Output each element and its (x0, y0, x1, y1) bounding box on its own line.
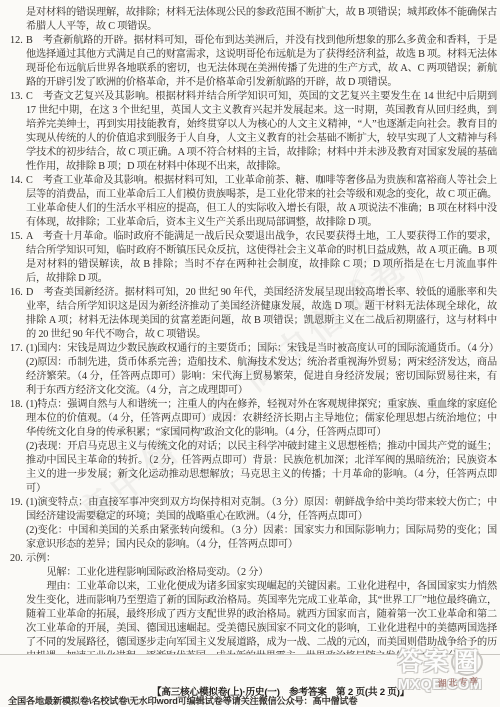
item-paragraph: (1)国内：宋钱是周边少数民族政权通行的主要货币；国际：宋钱是当时被高度认可的国… (26, 342, 497, 356)
item-paragraph: 见解：工业化进程影响国际政治格局变动。（2 分） (26, 566, 497, 580)
item-head: 示例： (26, 552, 497, 566)
item-paragraph: (1)演变特点：由直接军事冲突到双方均保持相对克制。（3 分）原因：朝鲜战争给中… (26, 496, 497, 524)
answer-item-16: 16. D 考查美国新经济。据材料可知，20 世纪 90 年代，美国经济发展呈现… (0, 286, 497, 342)
answer-item-20: 20. 示例： 见解：工业化进程影响国际政治格局变动。（2 分） 理由：工业革命… (0, 552, 497, 654)
item-paragraph: D 考查美国新经济。据材料可知，20 世纪 90 年代，美国经济发展呈现出较高增… (26, 286, 497, 342)
answer-item-12: 12. B 考查新航路的开辟。据材料可知，哥伦布到达美洲后，并没有找到他所想象的… (0, 34, 497, 90)
answer-item-13: 13. C 考查文艺复兴及其影响。根据材料并结合所学知识可知，英国的文艺复兴主要… (0, 90, 497, 174)
item-number: 13. (10, 90, 23, 104)
answer-item-19: 19. (1)演变特点：由直接军事冲突到双方均保持相对克制。（3 分）原因：朝鲜… (0, 496, 497, 552)
answer-item-15: 15. A 考查十月革命。临时政府不能满足一战后民众要退出战争，农民要获得土地，… (0, 230, 497, 286)
item-paragraph: C 考查文艺复兴及其影响。根据材料并结合所学知识可知，英国的文艺复兴主要发生在 … (26, 90, 497, 174)
item-paragraph: A 考查十月革命。临时政府不能满足一战后民众要退出战争，农民要获得土地，工人要获… (26, 230, 497, 286)
item-number: 19. (10, 496, 23, 510)
answer-sheet-body: 是对材料的错误理解，故排除；材料无法体现公民的参政范围不断扩大，故 B 项错误；… (0, 6, 497, 654)
item-paragraph: B 考查新航路的开辟。据材料可知，哥伦布到达美洲后，并没有找到他所想象的那么多黄… (26, 34, 497, 90)
answer-item-17: 17. (1)国内：宋钱是周边少数民族政权通行的主要货币；国际：宋钱是当时被高度… (0, 342, 497, 398)
item-number: 12. (10, 34, 23, 48)
answer-item-18: 18. (1)特点：强调自然与人和谐统一；注重人的内在修养，轻视对外在客观规律探… (0, 398, 497, 496)
item-number: 16. (10, 286, 23, 300)
footer-promo: 全国各地最新模拟卷\名校试卷\无水印word可编辑试卷等请关注微信公众号：高中僧… (8, 693, 438, 707)
item-paragraph: (2)表现：开启马克思主义与传统文化的对话；以民主科学冲破封建主义思想桎梏；推动… (26, 440, 497, 496)
answer-11-continuation: 是对材料的错误理解，故排除；材料无法体现公民的参政范围不断扩大，故 B 项错误；… (0, 6, 497, 34)
item-number: 18. (10, 398, 23, 412)
answer-item-14: 14. C 考查工业革命及其影响。根据材料可知，工业革命前茶、糖、咖啡等奢侈品为… (0, 174, 497, 230)
item-number: 17. (10, 342, 23, 356)
brand-region-badge: 湖北专享 (438, 675, 481, 690)
item-paragraph: (2)变化：中国和美国的关系由紧张转向缓和。（3 分）因素：国家实力和国际影响力… (26, 524, 497, 552)
item-paragraph: 理由：工业革命以来，工业化便成为诸多国家实现崛起的关键因素。工业化进程中，各国国… (26, 580, 497, 654)
scanned-answer-page: 高中僧试卷 高中僧试卷 是对材料的错误理解，故排除；材料无法体现公民的参政范围不… (0, 0, 500, 707)
footer-divider (0, 654, 500, 655)
item-number: 14. (10, 174, 23, 188)
item-paragraph: (1)特点：强调自然与人和谐统一；注重人的内在修养，轻视对外在客观规律探究；重家… (26, 398, 497, 440)
item-number: 15. (10, 230, 23, 244)
item-paragraph: C 考查工业革命及其影响。根据材料可知，工业革命前茶、糖、咖啡等奢侈品为贵族和富… (26, 174, 497, 230)
item-number: 20. (10, 552, 23, 566)
item-paragraph: (2)原因：币制先进，货币体系完善；造船技术、航海技术发达；统治者重视海外贸易；… (26, 356, 497, 398)
